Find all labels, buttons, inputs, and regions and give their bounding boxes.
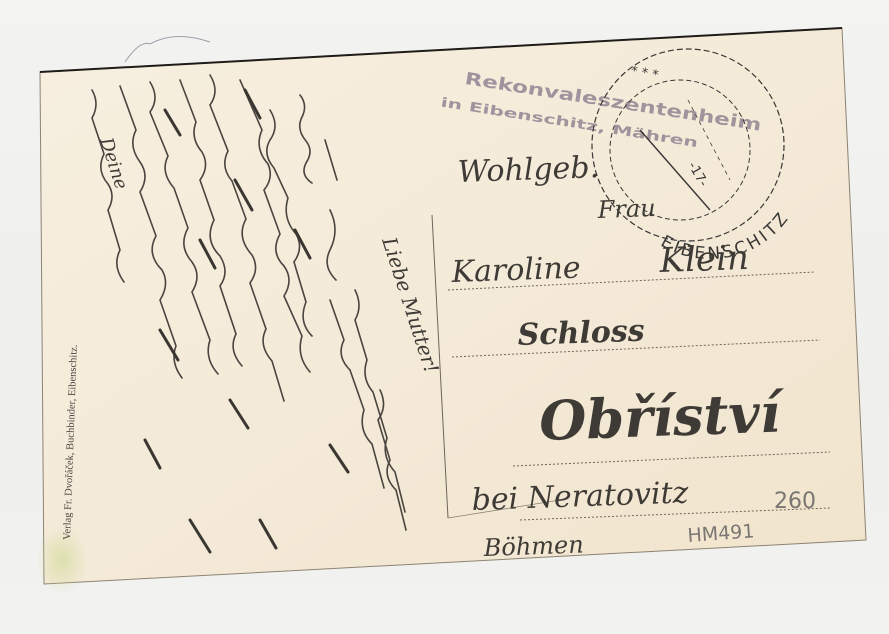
pencil-price: 260 — [774, 489, 816, 514]
pencil-layer: 260 HM491 — [0, 0, 889, 634]
pencil-catalog-code: HM491 — [687, 520, 755, 547]
postcard-scan: Liebe Mutter! Deine Verlag Fr. Dvořáček,… — [0, 0, 889, 634]
